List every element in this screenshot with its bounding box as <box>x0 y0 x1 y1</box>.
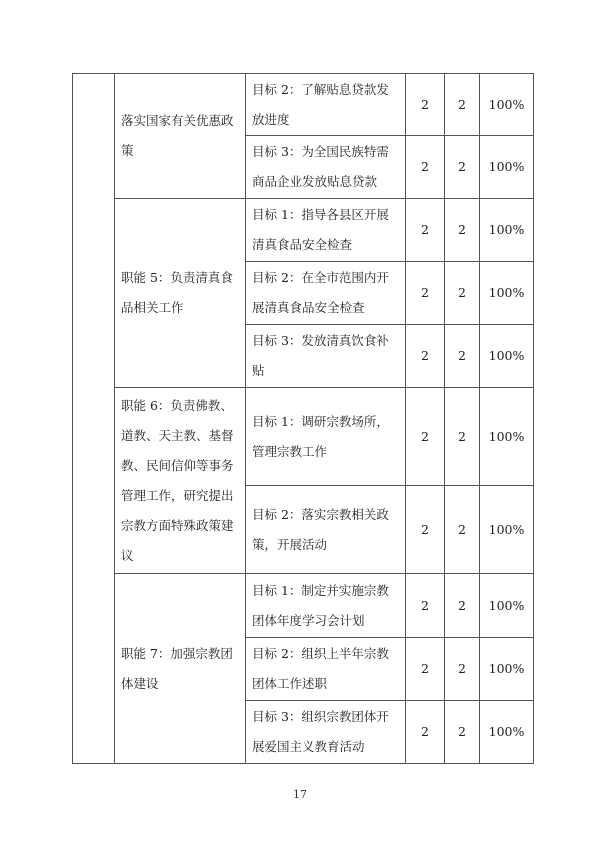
actual-cell: 2 <box>445 199 480 262</box>
planned-cell: 2 <box>406 136 445 199</box>
rate-cell: 100% <box>480 262 534 325</box>
target-cell: 目标 2：了解贴息贷款发放进度 <box>246 74 406 136</box>
actual-cell: 2 <box>445 74 480 136</box>
actual-cell: 2 <box>445 486 480 574</box>
table-row: 职能 6：负责佛教、道教、天主教、基督教、民间信仰等事务管理工作，研究提出宗教方… <box>73 388 534 486</box>
planned-cell: 2 <box>406 574 445 638</box>
function-cell: 职能 5：负责清真食品相关工作 <box>115 199 246 388</box>
planned-cell: 2 <box>406 74 445 136</box>
target-cell: 目标 1：指导各县区开展清真食品安全检查 <box>246 199 406 262</box>
table-row: 职能 7：加强宗教团体建设 目标 1：制定并实施宗教团体年度学习会计划 2 2 … <box>73 574 534 638</box>
document-page: 落实国家有关优惠政策 目标 2：了解贴息贷款发放进度 2 2 100% 目标 3… <box>0 0 600 848</box>
actual-cell: 2 <box>445 136 480 199</box>
table-row: 职能 5：负责清真食品相关工作 目标 1：指导各县区开展清真食品安全检查 2 2… <box>73 199 534 262</box>
rate-cell: 100% <box>480 701 534 764</box>
actual-cell: 2 <box>445 574 480 638</box>
planned-cell: 2 <box>406 325 445 388</box>
actual-cell: 2 <box>445 701 480 764</box>
target-cell: 目标 2：落实宗教相关政策，开展活动 <box>246 486 406 574</box>
target-cell: 目标 3：发放清真饮食补贴 <box>246 325 406 388</box>
rate-cell: 100% <box>480 574 534 638</box>
actual-cell: 2 <box>445 638 480 701</box>
category-cell <box>73 74 115 764</box>
rate-cell: 100% <box>480 325 534 388</box>
actual-cell: 2 <box>445 262 480 325</box>
target-cell: 目标 1：调研宗教场所，管理宗教工作 <box>246 388 406 486</box>
planned-cell: 2 <box>406 638 445 701</box>
rate-cell: 100% <box>480 199 534 262</box>
target-cell: 目标 3：为全国民族特需商品企业发放贴息贷款 <box>246 136 406 199</box>
function-cell: 落实国家有关优惠政策 <box>115 74 246 199</box>
actual-cell: 2 <box>445 388 480 486</box>
planned-cell: 2 <box>406 262 445 325</box>
rate-cell: 100% <box>480 486 534 574</box>
rate-cell: 100% <box>480 136 534 199</box>
function-cell: 职能 6：负责佛教、道教、天主教、基督教、民间信仰等事务管理工作，研究提出宗教方… <box>115 388 246 574</box>
planned-cell: 2 <box>406 199 445 262</box>
rate-cell: 100% <box>480 638 534 701</box>
actual-cell: 2 <box>445 325 480 388</box>
page-number: 17 <box>0 788 600 801</box>
rate-cell: 100% <box>480 74 534 136</box>
function-cell: 职能 7：加强宗教团体建设 <box>115 574 246 764</box>
planned-cell: 2 <box>406 486 445 574</box>
rate-cell: 100% <box>480 388 534 486</box>
planned-cell: 2 <box>406 701 445 764</box>
target-cell: 目标 2：组织上半年宗教团体工作述职 <box>246 638 406 701</box>
table-row: 落实国家有关优惠政策 目标 2：了解贴息贷款发放进度 2 2 100% <box>73 74 534 136</box>
target-cell: 目标 2：在全市范围内开展清真食品安全检查 <box>246 262 406 325</box>
target-cell: 目标 3：组织宗教团体开展爱国主义教育活动 <box>246 701 406 764</box>
target-cell: 目标 1：制定并实施宗教团体年度学习会计划 <box>246 574 406 638</box>
planned-cell: 2 <box>406 388 445 486</box>
performance-table: 落实国家有关优惠政策 目标 2：了解贴息贷款发放进度 2 2 100% 目标 3… <box>72 73 534 764</box>
